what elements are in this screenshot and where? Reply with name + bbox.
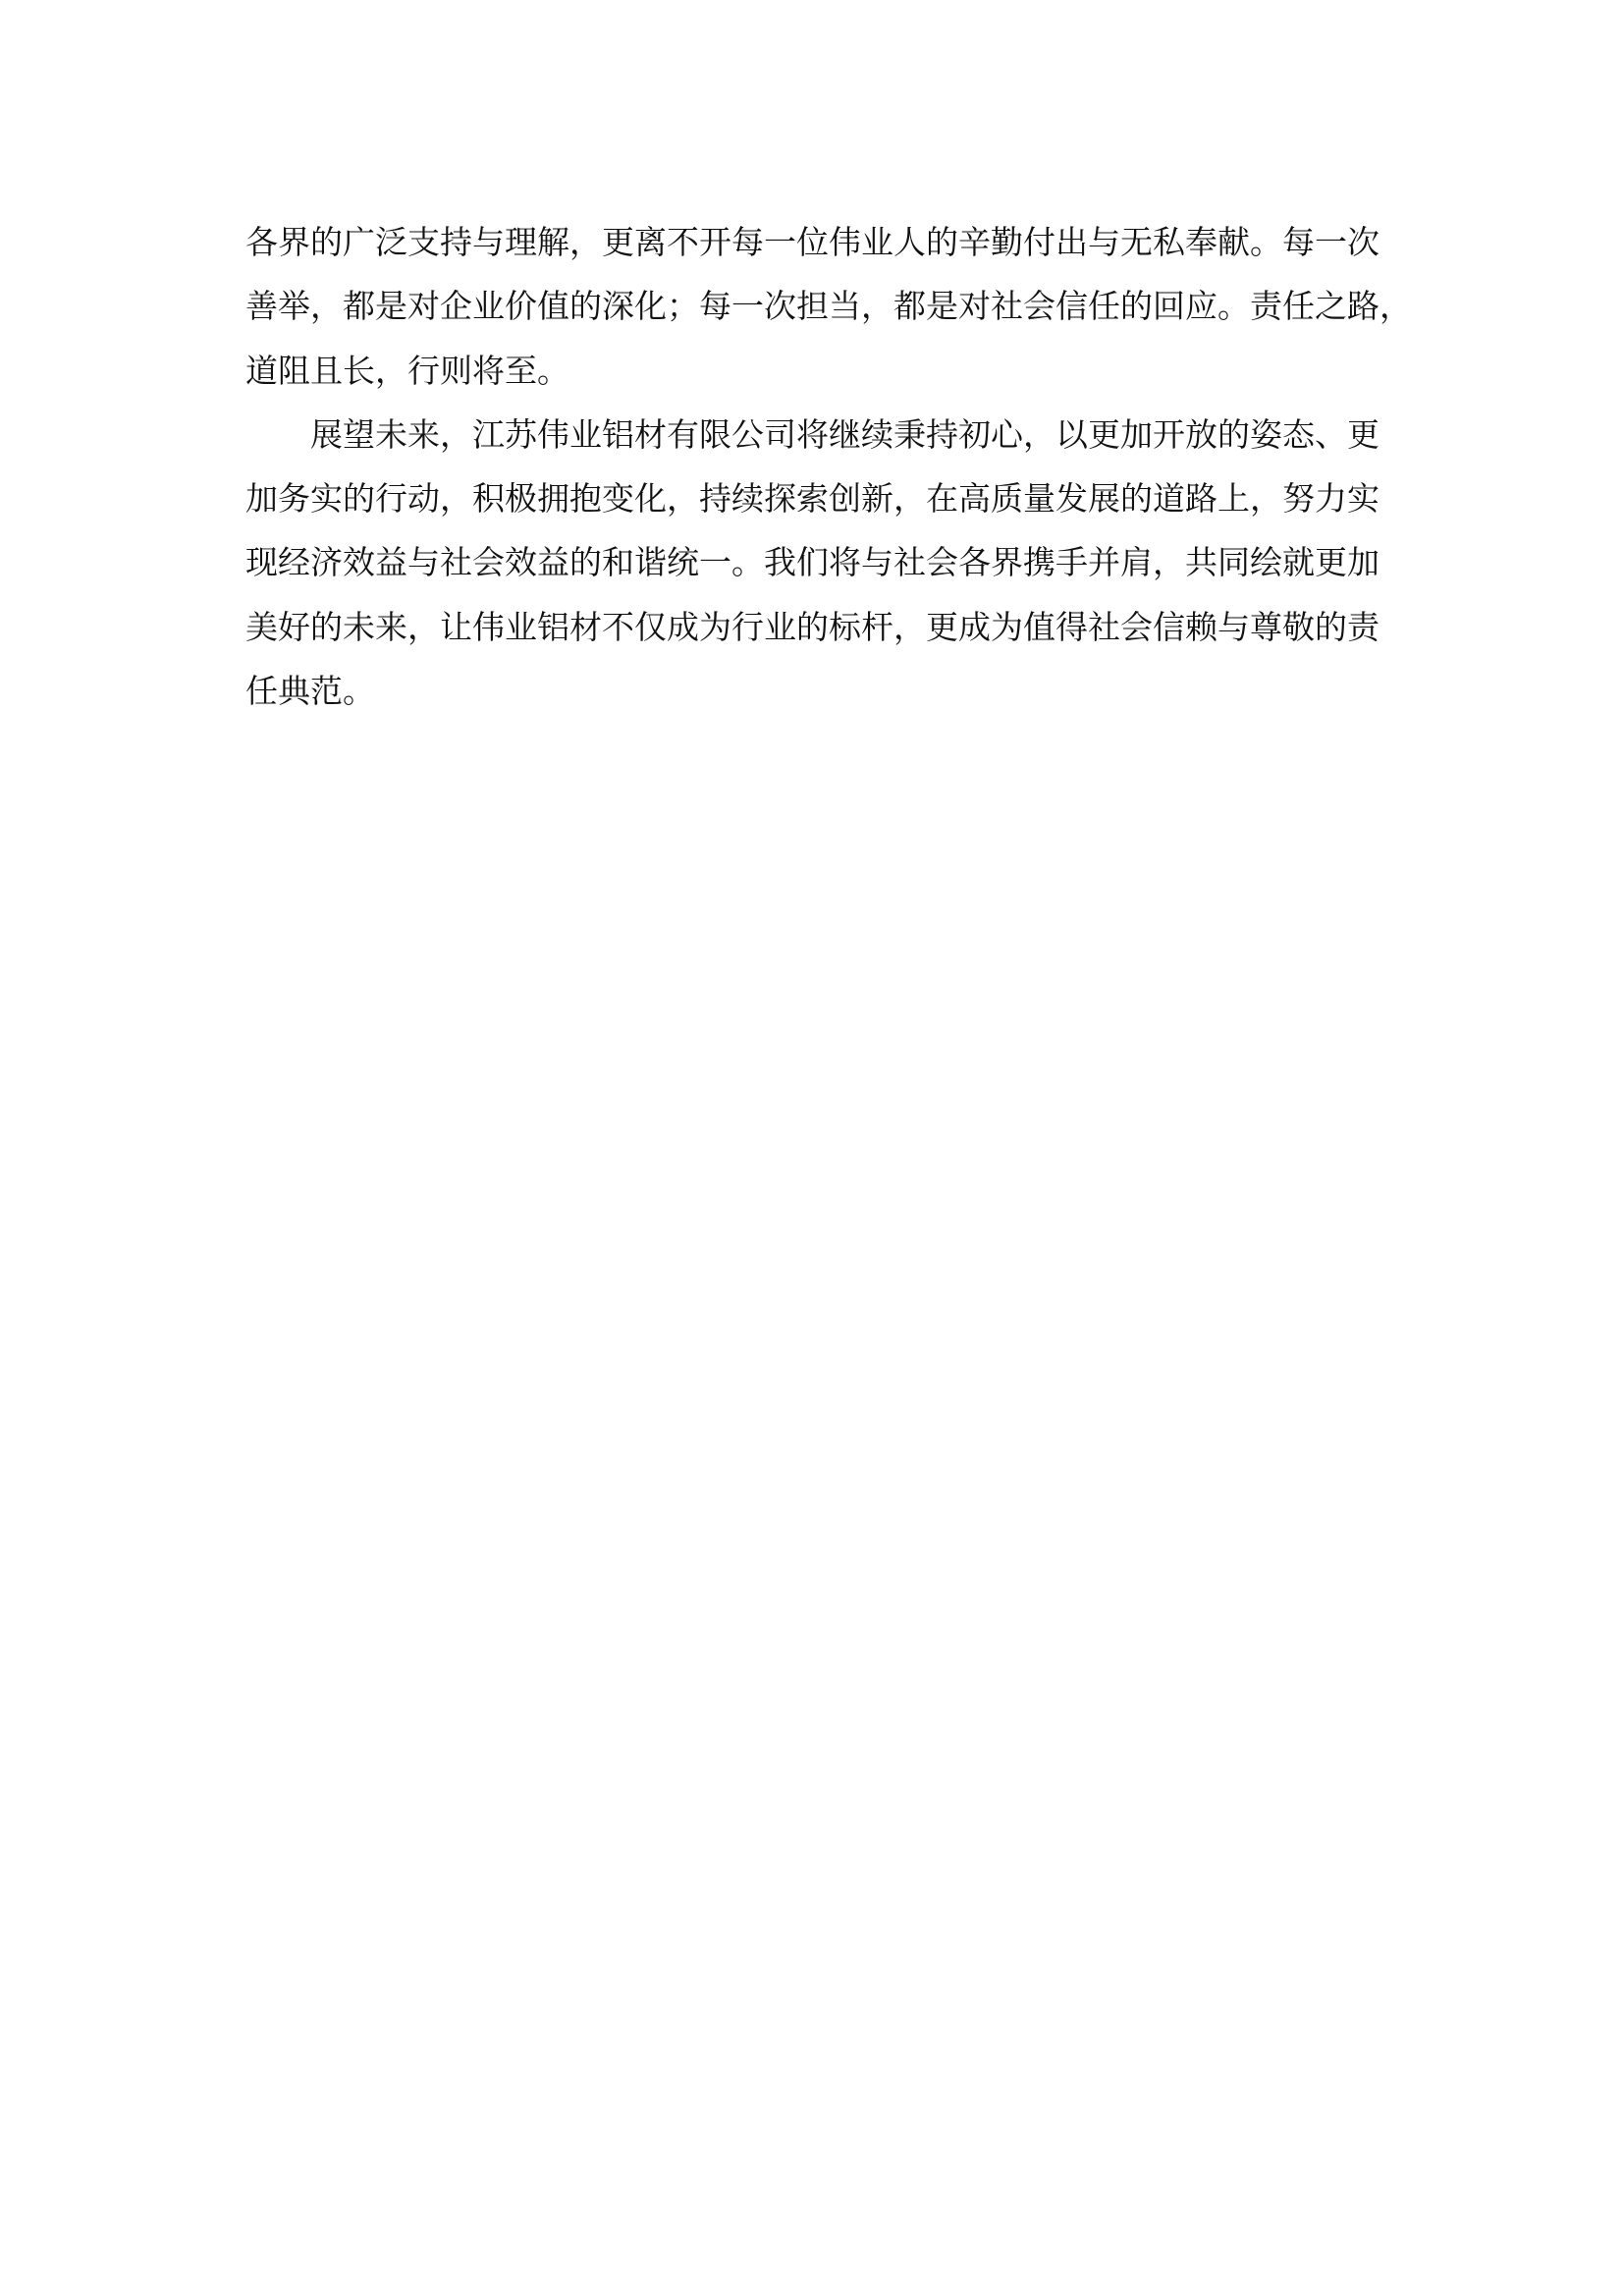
- paragraph-2-line-1: 展望未来，江苏伟业铝材有限公司将继续秉持初心，以更加开放的姿态、更: [245, 403, 1384, 466]
- paragraph-2-line-3: 现经济效益与社会效益的和谐统一。我们将与社会各界携手并肩，共同绘就更加: [245, 530, 1384, 594]
- paragraph-2: 展望未来，江苏伟业铝材有限公司将继续秉持初心，以更加开放的姿态、更 加务实的行动…: [245, 403, 1384, 723]
- paragraph-1-line-3: 道阻且长，行则将至。: [245, 339, 1384, 403]
- paragraph-1-line-2: 善举，都是对企业价值的深化；每一次担当，都是对社会信任的回应。责任之路，: [245, 274, 1384, 338]
- paragraph-1: 各界的广泛支持与理解，更离不开每一位伟业人的辛勤付出与无私奉献。每一次 善举，都…: [245, 210, 1384, 403]
- paragraph-2-line-2: 加务实的行动，积极拥抱变化，持续探索创新，在高质量发展的道路上，努力实: [245, 466, 1384, 530]
- document-body: 各界的广泛支持与理解，更离不开每一位伟业人的辛勤付出与无私奉献。每一次 善举，都…: [245, 210, 1384, 723]
- paragraph-1-line-1: 各界的广泛支持与理解，更离不开每一位伟业人的辛勤付出与无私奉献。每一次: [245, 210, 1384, 274]
- paragraph-2-line-5: 任典范。: [245, 659, 1384, 723]
- paragraph-2-line-4: 美好的未来，让伟业铝材不仅成为行业的标杆，更成为值得社会信赖与尊敬的责: [245, 595, 1384, 659]
- document-page: 各界的广泛支持与理解，更离不开每一位伟业人的辛勤付出与无私奉献。每一次 善举，都…: [0, 0, 1623, 2296]
